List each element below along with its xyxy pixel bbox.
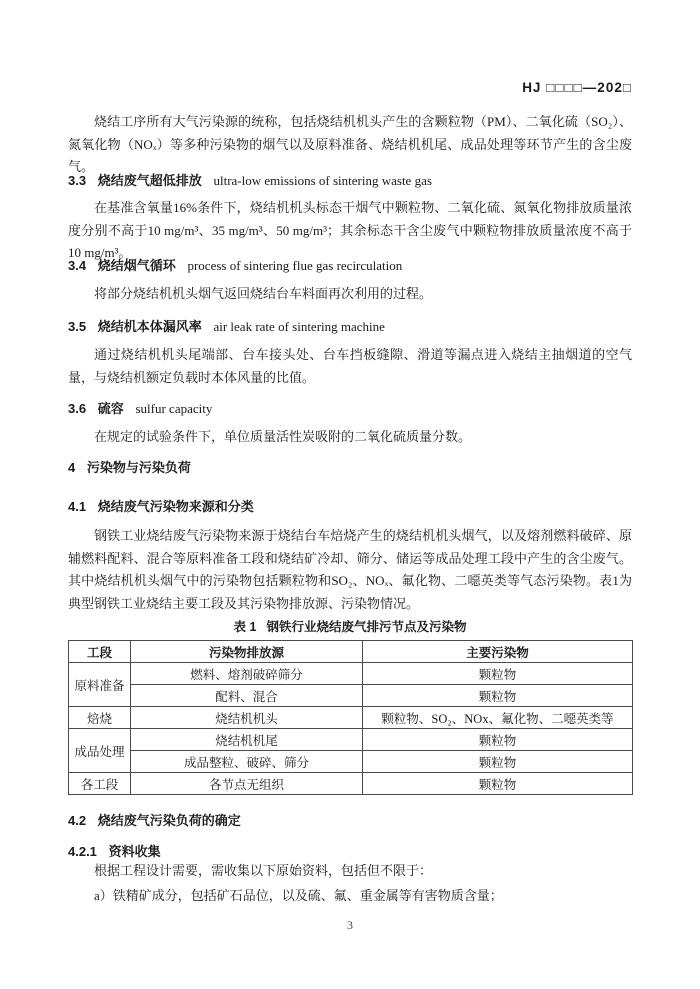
cell-pollutants: 颗粒物 bbox=[363, 729, 633, 751]
table1-label: 表 1 bbox=[234, 620, 257, 634]
heading-title-zh: 烧结废气污染物来源和分类 bbox=[98, 499, 254, 514]
para-sulfur-capacity-definition: 在规定的试验条件下，单位质量活性炭吸附的二氧化硫质量分数。 bbox=[68, 426, 632, 449]
cell-stage: 成品处理 bbox=[69, 729, 131, 773]
para-pollutant-sources-description: 钢铁工业烧结废气污染物来源于烧结台车焙烧产生的烧结机机头烟气，以及熔剂燃料破碎、… bbox=[68, 525, 632, 615]
pollution-sources-table: 工段 污染物排放源 主要污染物 原料准备 燃料、熔剂破碎筛分 颗粒物 配料、混合… bbox=[68, 640, 633, 795]
heading-number: 3.3 bbox=[68, 173, 86, 188]
heading-term-zh: 烧结废气超低排放 bbox=[98, 173, 202, 188]
cell-pollutants: 颗粒物 bbox=[363, 773, 633, 795]
heading-4-1: 4.1烧结废气污染物来源和分类 bbox=[68, 496, 632, 519]
cell-pollutants: 颗粒物、SO₂、NOx、氟化物、二噁英类等 bbox=[363, 707, 633, 729]
para-data-collection-intro: 根据工程设计需要，需收集以下原始资料，包括但不限于： bbox=[68, 860, 632, 883]
table-row: 配料、混合 颗粒物 bbox=[69, 685, 633, 707]
heading-term-zh: 硫容 bbox=[98, 401, 124, 416]
heading-3-3: 3.3烧结废气超低排放ultra-low emissions of sinter… bbox=[68, 170, 632, 193]
col-header-stage: 工段 bbox=[69, 641, 131, 663]
cell-source: 燃料、熔剂破碎筛分 bbox=[131, 663, 363, 685]
heading-term-zh: 烧结机本体漏风率 bbox=[98, 319, 202, 334]
cell-stage: 原料准备 bbox=[69, 663, 131, 707]
cell-source: 烧结机机头 bbox=[131, 707, 363, 729]
heading-term-zh: 烧结烟气循环 bbox=[98, 258, 176, 273]
cell-source: 烧结机机尾 bbox=[131, 729, 363, 751]
heading-number: 4.1 bbox=[68, 499, 86, 514]
doc-code-header: HJ □□□□—202□ bbox=[522, 80, 632, 95]
heading-3-5: 3.5烧结机本体漏风率air leak rate of sintering ma… bbox=[68, 316, 632, 339]
heading-number: 3.6 bbox=[68, 401, 86, 416]
cell-pollutants: 颗粒物 bbox=[363, 663, 633, 685]
list-item-a-iron-concentrate: a）铁精矿成分，包括矿石品位，以及硫、氟、重金属等有害物质含量； bbox=[68, 885, 632, 908]
table-row: 成品处理 烧结机机尾 颗粒物 bbox=[69, 729, 633, 751]
heading-3-4: 3.4烧结烟气循环process of sintering flue gas r… bbox=[68, 255, 632, 278]
para-sintering-waste-gas-definition: 烧结工序所有大气污染源的统称，包括烧结机机头产生的含颗粒物（PM）、二氧化硫（S… bbox=[68, 111, 632, 179]
heading-term-en: sulfur capacity bbox=[135, 401, 212, 416]
table1-caption: 表 1钢铁行业烧结废气排污节点及污染物 bbox=[68, 616, 632, 639]
col-header-pollutants: 主要污染物 bbox=[363, 641, 633, 663]
heading-number: 4.2.1 bbox=[68, 844, 97, 859]
page-number: 3 bbox=[0, 918, 700, 933]
para-flue-gas-recirculation-definition: 将部分烧结机机头烟气返回烧结台车料面再次利用的过程。 bbox=[68, 283, 632, 306]
heading-4-2: 4.2烧结废气污染负荷的确定 bbox=[68, 810, 632, 833]
col-header-source: 污染物排放源 bbox=[131, 641, 363, 663]
standard-document-page: HJ □□□□—202□ 烧结工序所有大气污染源的统称，包括烧结机机头产生的含颗… bbox=[0, 0, 700, 989]
table1-title-text: 钢铁行业烧结废气排污节点及污染物 bbox=[266, 620, 466, 634]
cell-stage: 焙烧 bbox=[69, 707, 131, 729]
para-air-leak-rate-definition: 通过烧结机机头尾端部、台车接头处、台车挡板缝隙、滑道等漏点进入烧结主抽烟道的空气… bbox=[68, 344, 632, 389]
table-row: 原料准备 燃料、熔剂破碎筛分 颗粒物 bbox=[69, 663, 633, 685]
heading-term-en: air leak rate of sintering machine bbox=[213, 319, 384, 334]
cell-pollutants: 颗粒物 bbox=[363, 751, 633, 773]
heading-term-en: process of sintering flue gas recirculat… bbox=[187, 258, 402, 273]
cell-stage: 各工段 bbox=[69, 773, 131, 795]
heading-number: 3.5 bbox=[68, 319, 86, 334]
heading-term-en: ultra-low emissions of sintering waste g… bbox=[213, 173, 431, 188]
heading-number: 3.4 bbox=[68, 258, 86, 273]
table-row: 各工段 各节点无组织 颗粒物 bbox=[69, 773, 633, 795]
cell-source: 配料、混合 bbox=[131, 685, 363, 707]
heading-3-6: 3.6硫容sulfur capacity bbox=[68, 398, 632, 421]
table-row: 焙烧 烧结机机头 颗粒物、SO₂、NOx、氟化物、二噁英类等 bbox=[69, 707, 633, 729]
heading-title-zh: 资料收集 bbox=[109, 844, 161, 859]
heading-number: 4 bbox=[68, 460, 75, 475]
table-row: 成品整粒、破碎、筛分 颗粒物 bbox=[69, 751, 633, 773]
heading-4: 4污染物与污染负荷 bbox=[68, 457, 632, 480]
heading-title-zh: 烧结废气污染负荷的确定 bbox=[98, 813, 241, 828]
cell-source: 成品整粒、破碎、筛分 bbox=[131, 751, 363, 773]
cell-pollutants: 颗粒物 bbox=[363, 685, 633, 707]
heading-number: 4.2 bbox=[68, 813, 86, 828]
table-header-row: 工段 污染物排放源 主要污染物 bbox=[69, 641, 633, 663]
heading-title-zh: 污染物与污染负荷 bbox=[87, 460, 191, 475]
cell-source: 各节点无组织 bbox=[131, 773, 363, 795]
